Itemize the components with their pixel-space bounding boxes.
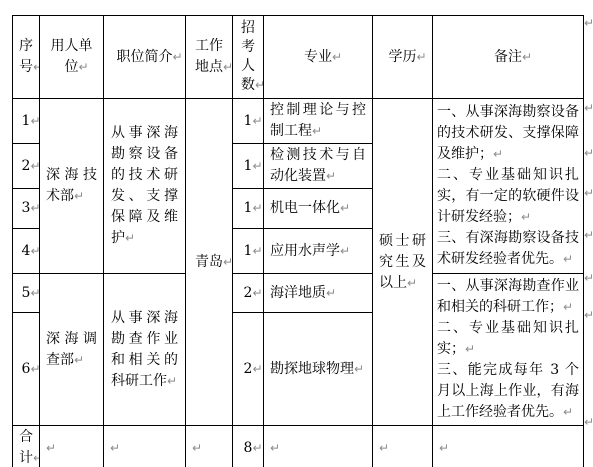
cell-headcount-5: 2↵	[233, 274, 264, 313]
header-location-label: 工作地点↵	[195, 38, 223, 75]
cell-total-headcount: 8↵	[233, 426, 264, 467]
cell-total-label: 合计↵	[13, 426, 40, 467]
cell-total-location-empty: ↵	[186, 426, 233, 467]
table-row-5: 5↵ 深海调查部↵ 从事深海勘查作业和相关的科研工作↵ 2↵ 海洋地质↵ 一、从…	[13, 274, 584, 313]
major-4: 应用水声学↵	[270, 243, 340, 259]
major-5: 海洋地质↵	[270, 285, 326, 301]
header-major: 专业↵	[264, 16, 373, 99]
header-location: 工作地点↵	[186, 16, 233, 99]
cell-index-5: 5↵	[13, 274, 40, 313]
cell-headcount-3: 1↵	[233, 189, 264, 229]
cell-job-desc-survey: 从事深海勘查作业和相关的科研工作↵	[104, 274, 186, 426]
cell-employer-survey: 深海调查部↵	[40, 274, 104, 426]
total-label: 合计↵	[19, 429, 33, 466]
location-value: 青岛↵	[195, 254, 223, 270]
notes-survey-p3: 三、能完成每年 3 个月以上海上作业，有海上工作经验者优先。↵	[437, 360, 579, 423]
headcount-2: 1↵	[244, 158, 253, 174]
total-headcount: 8↵	[244, 440, 253, 456]
headcount-5: 2↵	[244, 285, 253, 301]
header-row: 序号↵ 用人单位↵ 职位简介↵ 工作地点↵ 招考人数↵ 专业↵ 学历↵ 备注↵	[13, 16, 584, 99]
cell-major-6: 勘探地球物理↵	[264, 313, 373, 426]
cell-headcount-1: 1↵	[233, 99, 264, 144]
index-5: 5↵	[22, 285, 31, 301]
headcount-3: 1↵	[244, 200, 253, 216]
total-row: 合计↵ ↵ ↵ ↵ 8↵ ↵ ↵ ↵	[13, 426, 584, 467]
cell-total-major-empty: ↵	[264, 426, 373, 467]
cell-index-6: 6↵	[13, 313, 40, 426]
cell-employer-tech: 深海技术部↵	[40, 99, 104, 274]
header-index: 序号↵	[13, 16, 40, 99]
header-education-label: 学历↵	[389, 49, 417, 65]
cell-index-2: 2↵	[13, 144, 40, 189]
cell-headcount-6: 2↵	[233, 313, 264, 426]
cell-major-3: 机电一体化↵	[264, 189, 373, 229]
cell-index-3: 3↵	[13, 189, 40, 229]
job-desc-tech: 从事深海勘察设备的技术研发、支撑保障及维护↵	[111, 125, 178, 246]
header-notes-label: 备注↵	[494, 49, 522, 65]
header-headcount-label: 招考人数↵	[240, 19, 256, 95]
header-education: 学历↵	[373, 16, 433, 99]
cell-headcount-2: 1↵	[233, 144, 264, 189]
header-employer-label: 用人单位↵	[51, 38, 93, 75]
notes-survey-p1: 一、从事深海勘查作业和相关的科研工作；↵	[437, 276, 579, 318]
cell-notes-survey: 一、从事深海勘查作业和相关的科研工作；↵ 二、专业基础知识扎实；↵ 三、能完成每…	[433, 274, 584, 426]
notes-tech-p1: 一、从事深海勘察设备的技术研发、支撑保障及维护；↵	[437, 102, 579, 165]
notes-tech-p3: 三、有深海勘察设备技术研发经验者优先。↵	[437, 228, 579, 270]
cell-index-4: 4↵	[13, 229, 40, 274]
major-3: 机电一体化↵	[270, 200, 340, 216]
employer-tech: 深海技术部↵	[46, 167, 97, 204]
major-6: 勘探地球物理↵	[270, 361, 354, 377]
major-2: 检测技术与自动化装置↵	[270, 147, 366, 184]
cell-job-desc-tech: 从事深海勘察设备的技术研发、支撑保障及维护↵	[104, 99, 186, 274]
job-desc-survey: 从事深海勘查作业和相关的科研工作↵	[111, 310, 178, 389]
cell-major-1: 控制理论与控制工程↵	[264, 99, 373, 144]
header-job-desc: 职位简介↵	[104, 16, 186, 99]
index-6: 6↵	[22, 361, 31, 377]
cell-total-education-empty: ↵	[373, 426, 433, 467]
cell-notes-tech: 一、从事深海勘察设备的技术研发、支撑保障及维护；↵ 二、专业基础知识扎实，有一定…	[433, 99, 584, 274]
education-value: 硕士研究生及以上↵	[379, 233, 426, 291]
major-1: 控制理论与控制工程↵	[270, 102, 366, 139]
header-notes: 备注↵	[433, 16, 584, 99]
notes-tech-p2: 二、专业基础知识扎实，有一定的软硬件设计研发经验；↵	[437, 165, 579, 228]
header-job-desc-label: 职位简介↵	[117, 49, 173, 65]
header-employer: 用人单位↵	[40, 16, 104, 99]
employer-survey: 深海调查部↵	[46, 331, 97, 368]
index-2: 2↵	[22, 158, 31, 174]
cell-total-job-desc-empty: ↵	[104, 426, 186, 467]
header-headcount: 招考人数↵	[233, 16, 264, 99]
cell-index-1: 1↵	[13, 99, 40, 144]
headcount-6: 2↵	[244, 361, 253, 377]
index-4: 4↵	[22, 243, 31, 259]
cell-headcount-4: 1↵	[233, 229, 264, 274]
headcount-4: 1↵	[244, 243, 253, 259]
header-major-label: 专业↵	[304, 49, 332, 65]
header-index-label: 序号↵	[19, 38, 33, 75]
cell-major-4: 应用水声学↵	[264, 229, 373, 274]
cell-total-notes-empty: ↵	[433, 426, 584, 467]
cell-major-5: 海洋地质↵	[264, 274, 373, 313]
cell-education: 硕士研究生及以上↵	[373, 99, 433, 426]
notes-survey-p2: 二、专业基础知识扎实；↵	[437, 318, 579, 360]
recruitment-table: 序号↵ 用人单位↵ 职位简介↵ 工作地点↵ 招考人数↵ 专业↵ 学历↵ 备注↵ …	[12, 15, 584, 467]
table-row-1: 1↵ 深海技术部↵ 从事深海勘察设备的技术研发、支撑保障及维护↵ 青岛↵ 1↵ …	[13, 99, 584, 144]
cell-total-employer-empty: ↵	[40, 426, 104, 467]
cell-location: 青岛↵	[186, 99, 233, 426]
document-page: 序号↵ 用人单位↵ 职位简介↵ 工作地点↵ 招考人数↵ 专业↵ 学历↵ 备注↵ …	[0, 0, 593, 467]
cell-major-2: 检测技术与自动化装置↵	[264, 144, 373, 189]
index-3: 3↵	[22, 200, 31, 216]
index-1: 1↵	[22, 113, 31, 129]
headcount-1: 1↵	[244, 113, 253, 129]
